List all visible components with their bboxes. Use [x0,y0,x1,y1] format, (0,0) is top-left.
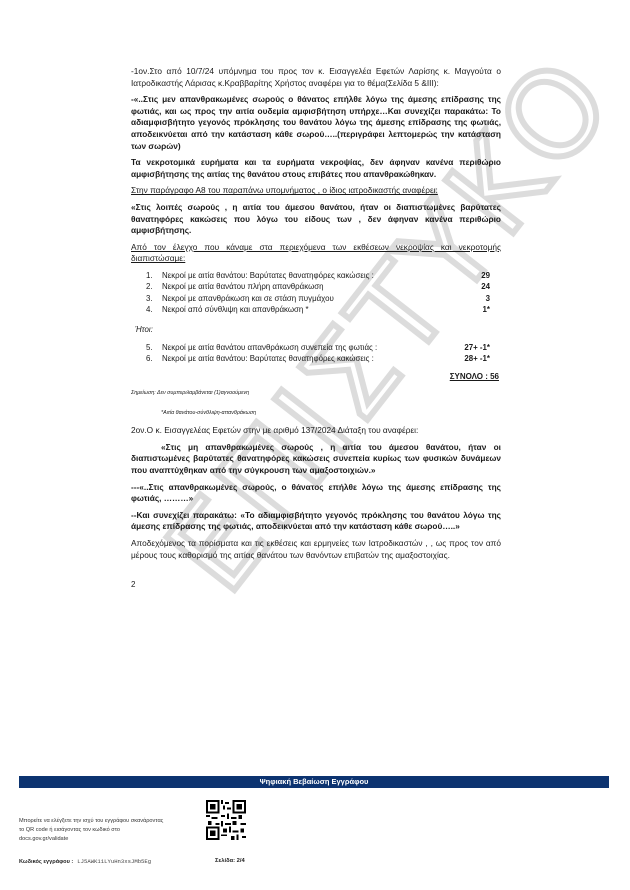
list-value: 3 [430,293,490,305]
list-value: 24 [430,281,490,293]
validation-info-text: Μπορείτε να ελέγξετε την ισχύ του εγγράφ… [19,817,169,844]
paragraph-1: -1ον.Στο από 10/7/24 υπόμνημα του προς τ… [131,66,501,89]
paragraph-9-quote: ---«..Στις απανθρακωμένες σωρούς, ο θάνα… [131,482,501,505]
page-number: 2 [131,579,501,591]
list-number: 4. [146,304,162,316]
list-text: Νεκροί με αιτία θανάτου απανθράκωση συνε… [162,342,430,354]
list-text: Νεκροί με αιτία θανάτου πλήρη απανθράκωσ… [162,281,430,293]
list-text: Νεκροί από σύνθλιψη και απανθράκωση * [162,304,430,316]
list-item: 5.Νεκροί με αιτία θανάτου απανθράκωση συ… [131,342,501,354]
qr-code-icon[interactable] [206,800,246,840]
document-page: -1ον.Στο από 10/7/24 υπόμνημα του προς τ… [131,66,501,591]
list-number: 2. [146,281,162,293]
list-item: 1.Νεκροί με αιτία θανάτου: Βαρύτατες θαν… [131,270,501,282]
list-number: 5. [146,342,162,354]
paragraph-7: 2ον.Ο κ. Εισαγγελέας Εφετών στην με αριθ… [131,425,501,437]
paragraph-10-quote: --Και συνεχίζει παρακάτω: «Το αδιαμφισβή… [131,510,501,533]
document-code-value: LJ5AWK11LYuHn3xsJMb5Eg [77,858,151,865]
list-number: 3. [146,293,162,305]
total-label: ΣΥΝΟΛΟ : 56 [131,371,501,383]
paragraph-8-quote: «Στις μη απανθρακωμένες σωρούς , η αιτία… [131,442,501,477]
paragraph-6-heading: Από τον έλεγχο που κάναμε στα περιεχόμεν… [131,242,501,265]
list-value: 1* [430,304,490,316]
page-indicator: Σελίδα: 2/4 [215,858,245,864]
list-value: 27+ -1* [430,342,490,354]
note-2: *Αιτία θανάτου-σύνθλιψη-απανθράκωση [161,408,501,420]
list-item: 4.Νεκροί από σύνθλιψη και απανθράκωση *1… [131,304,501,316]
deaths-list-1: 1.Νεκροί με αιτία θανάτου: Βαρύτατες θαν… [131,270,501,316]
list-text: Νεκροί με αιτία θανάτου: Βαρύτατες θανατ… [162,353,430,365]
document-code-label: Κωδικός εγγράφου : [19,859,73,865]
list-number: 1. [146,270,162,282]
note-1: Σημείωση: Δεν συμπεριλαμβάνεται (1)αγνοο… [131,388,501,400]
digital-certification-bar: Ψηφιακή Βεβαίωση Εγγράφου [19,776,609,788]
list-item: 6.Νεκροί με αιτία θανάτου: Βαρύτατες θαν… [131,353,501,365]
list-item: 3.Νεκροί με απανθράκωση και σε στάση πυγ… [131,293,501,305]
paragraph-11: Αποδεχόμενος τα πορίσματα και τις εκθέσε… [131,538,501,561]
document-code: Κωδικός εγγράφου :LJ5AWK11LYuHn3xsJMb5Eg [19,858,151,865]
paragraph-5-quote: «Στις λοιπές σωρούς , η αιτία του άμεσου… [131,202,501,237]
deaths-list-2: 5.Νεκροί με αιτία θανάτου απανθράκωση συ… [131,342,501,365]
list-item: 2.Νεκροί με αιτία θανάτου πλήρη απανθράκ… [131,281,501,293]
list-number: 6. [146,353,162,365]
paragraph-3: Τα νεκροτομικά ευρήματα και τα ευρήματα … [131,157,501,180]
list-value: 29 [430,270,490,282]
paragraph-4-heading: Στην παράγραφο Α8 του παραπάνω υπομνήματ… [131,185,501,197]
paragraph-2-quote: -«..Στις μεν απανθρακωμένες σωρούς ο θάν… [131,94,501,152]
itoi-label: Ήτοι: [135,324,501,336]
list-text: Νεκροί με αιτία θανάτου: Βαρύτατες θανατ… [162,270,430,282]
list-text: Νεκροί με απανθράκωση και σε στάση πυγμά… [162,293,430,305]
list-value: 28+ -1* [430,353,490,365]
